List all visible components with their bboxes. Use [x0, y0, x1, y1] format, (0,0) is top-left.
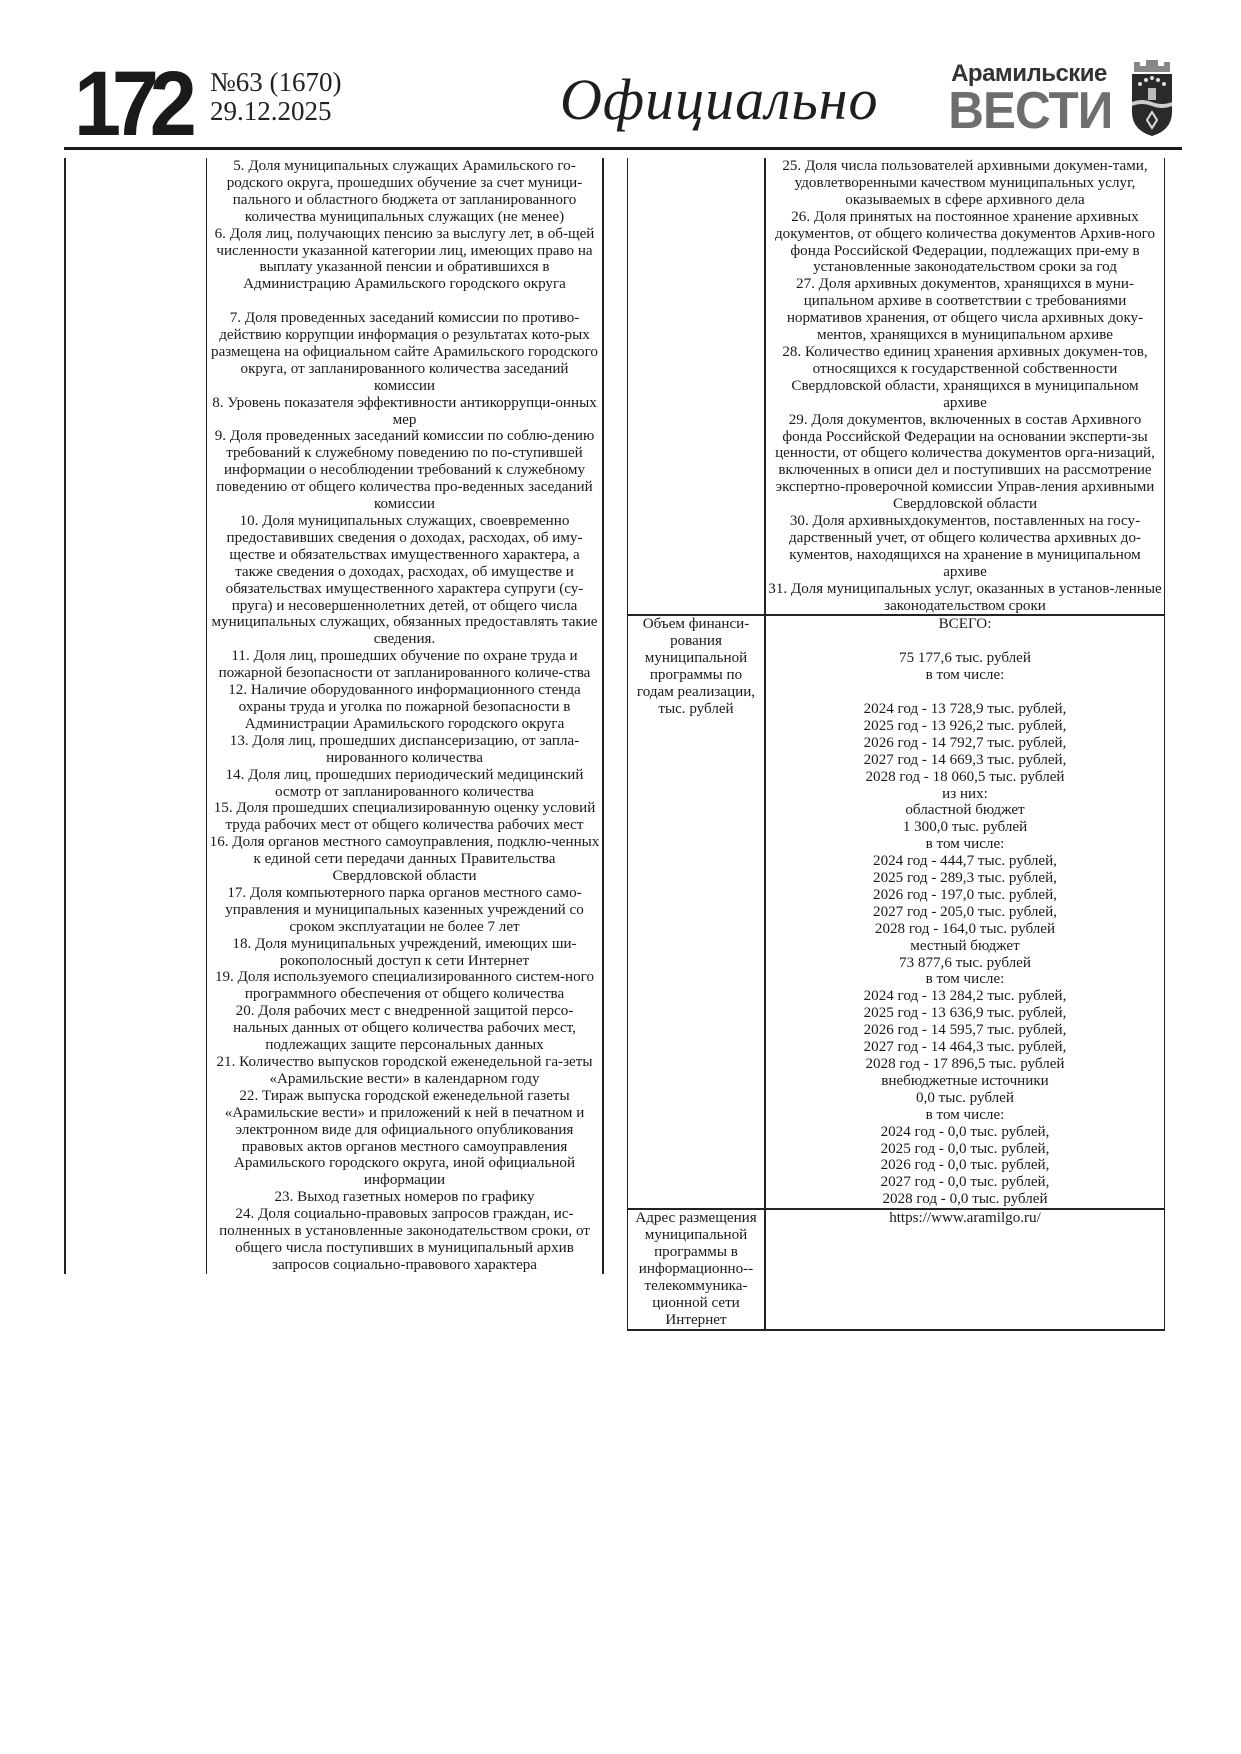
- list-item: 16. Доля органов местного самоуправления…: [209, 834, 600, 885]
- financing-line: 2025 год - 289,3 тыс. рублей,: [768, 870, 1162, 887]
- table-row: 5. Доля муниципальных служащих Арамильск…: [65, 158, 603, 1274]
- list-item: 5. Доля муниципальных служащих Арамильск…: [209, 158, 600, 226]
- financing-line: в том числе:: [768, 836, 1162, 853]
- list-item: 19. Доля используемого специализированно…: [209, 969, 600, 1003]
- financing-line: 73 877,6 тыс. рублей: [768, 955, 1162, 972]
- list-item: 25. Доля числа пользователей архивными д…: [768, 158, 1162, 209]
- financing-line: 2025 год - 0,0 тыс. рублей,: [768, 1141, 1162, 1158]
- financing-line: 0,0 тыс. рублей: [768, 1090, 1162, 1107]
- list-spacer: [768, 684, 1162, 701]
- list-item: 28. Количество единиц хранения архивных …: [768, 344, 1162, 412]
- financing-line: внебюджетные источники: [768, 1073, 1162, 1090]
- indicators-table-left: 5. Доля муниципальных служащих Арамильск…: [64, 158, 604, 1274]
- financing-line: 75 177,6 тыс. рублей: [768, 650, 1162, 667]
- financing-line: 2025 год - 13 636,9 тыс. рублей,: [768, 1005, 1162, 1022]
- list-item: 6. Доля лиц, получающих пенсию за выслуг…: [209, 226, 600, 294]
- issue-number: №63 (1670): [210, 68, 342, 97]
- table-row-address: Адрес размещения муниципальной программы…: [628, 1209, 1165, 1329]
- list-item: 20. Доля рабочих мест с внедренной защит…: [209, 1003, 600, 1054]
- list-item: 23. Выход газетных номеров по графику: [209, 1189, 600, 1206]
- page-header: 172 №63 (1670) 29.12.2025 Официально Ара…: [64, 58, 1182, 148]
- list-item: 14. Доля лиц, прошедших периодический ме…: [209, 767, 600, 801]
- list-item: 13. Доля лиц, прошедших диспансеризацию,…: [209, 733, 600, 767]
- list-item: 22. Тираж выпуска городской еженедельной…: [209, 1088, 600, 1189]
- financing-line: 2028 год - 0,0 тыс. рублей: [768, 1191, 1162, 1208]
- address-label: Адрес размещения муниципальной программы…: [628, 1209, 766, 1329]
- program-passport-table-right: 25. Доля числа пользователей архивными д…: [627, 158, 1165, 1331]
- financing-line: 2027 год - 14 669,3 тыс. рублей,: [768, 752, 1162, 769]
- financing-line: местный бюджет: [768, 938, 1162, 955]
- financing-line: 1 300,0 тыс. рублей: [768, 819, 1162, 836]
- list-item: 24. Доля социально-правовых запросов гра…: [209, 1206, 600, 1274]
- list-item: 31. Доля муниципальных услуг, оказанных …: [768, 581, 1162, 615]
- financing-line: 2026 год - 197,0 тыс. рублей,: [768, 887, 1162, 904]
- indicator-list: 25. Доля числа пользователей архивными д…: [765, 158, 1165, 615]
- page-number: 172: [74, 62, 188, 146]
- financing-line: 2024 год - 444,7 тыс. рублей,: [768, 853, 1162, 870]
- financing-line: 2027 год - 14 464,3 тыс. рублей,: [768, 1039, 1162, 1056]
- financing-line: 2024 год - 13 728,9 тыс. рублей,: [768, 701, 1162, 718]
- list-item: 7. Доля проведенных заседаний комиссии п…: [209, 310, 600, 395]
- list-item: 11. Доля лиц, прошедших обучение по охра…: [209, 648, 600, 682]
- list-item: 21. Количество выпусков городской еженед…: [209, 1054, 600, 1088]
- financing-line: 2025 год - 13 926,2 тыс. рублей,: [768, 718, 1162, 735]
- list-item: 8. Уровень показателя эффективности анти…: [209, 395, 600, 429]
- header-divider: [64, 147, 1182, 150]
- financing-line: в том числе:: [768, 667, 1162, 684]
- logo-main-text: ВЕСТИ: [948, 86, 1110, 136]
- financing-line: 2026 год - 14 792,7 тыс. рублей,: [768, 735, 1162, 752]
- list-item: 17. Доля компьютерного парка органов мес…: [209, 885, 600, 936]
- section-title: Официально: [560, 66, 879, 134]
- list-item: 30. Доля архивныхдокументов, поставленны…: [768, 513, 1162, 581]
- list-item: 10. Доля муниципальных служащих, своевре…: [209, 513, 600, 648]
- list-item: 18. Доля муниципальных учреждений, имеющ…: [209, 936, 600, 970]
- financing-values: ВСЕГО:75 177,6 тыс. рублейв том числе:20…: [765, 615, 1165, 1209]
- newspaper-logo: Арамильские ВЕСТИ: [944, 62, 1114, 136]
- table-row-financing: Объем финанси-рования муниципальной прог…: [628, 615, 1165, 1209]
- issue-info: №63 (1670) 29.12.2025: [210, 68, 342, 126]
- financing-line: 2027 год - 205,0 тыс. рублей,: [768, 904, 1162, 921]
- financing-line: 2024 год - 0,0 тыс. рублей,: [768, 1124, 1162, 1141]
- financing-line: ВСЕГО:: [768, 616, 1162, 633]
- list-item: 27. Доля архивных документов, хранящихся…: [768, 276, 1162, 344]
- financing-line: 2028 год - 164,0 тыс. рублей: [768, 921, 1162, 938]
- list-spacer: [209, 293, 600, 310]
- list-item: 15. Доля прошедших специализированную оц…: [209, 800, 600, 834]
- list-item: 9. Доля проведенных заседаний комиссии п…: [209, 428, 600, 513]
- financing-line: 2028 год - 18 060,5 тыс. рублей: [768, 769, 1162, 786]
- financing-line: 2026 год - 0,0 тыс. рублей,: [768, 1157, 1162, 1174]
- list-item: 29. Доля документов, включенных в состав…: [768, 412, 1162, 513]
- financing-line: 2028 год - 17 896,5 тыс. рублей: [768, 1056, 1162, 1073]
- row-label: [628, 158, 766, 615]
- list-item: 12. Наличие оборудованного информационно…: [209, 682, 600, 733]
- program-url[interactable]: https://www.aramilgo.ru/: [765, 1209, 1165, 1329]
- financing-line: 2027 год - 0,0 тыс. рублей,: [768, 1174, 1162, 1191]
- financing-label: Объем финанси-рования муниципальной прог…: [628, 615, 766, 1209]
- issue-date: 29.12.2025: [210, 97, 342, 126]
- financing-line: 2024 год - 13 284,2 тыс. рублей,: [768, 988, 1162, 1005]
- list-item: 26. Доля принятых на постоянное хранение…: [768, 209, 1162, 277]
- financing-line: 2026 год - 14 595,7 тыс. рублей,: [768, 1022, 1162, 1039]
- financing-line: в том числе:: [768, 1107, 1162, 1124]
- row-label: [65, 158, 207, 1274]
- financing-line: областной бюджет: [768, 802, 1162, 819]
- indicator-list: 5. Доля муниципальных служащих Арамильск…: [207, 158, 604, 1274]
- financing-line: из них:: [768, 786, 1162, 803]
- table-row-indicators: 25. Доля числа пользователей архивными д…: [628, 158, 1165, 615]
- financing-line: в том числе:: [768, 971, 1162, 988]
- list-spacer: [768, 633, 1162, 650]
- city-crest-icon: [1126, 58, 1178, 136]
